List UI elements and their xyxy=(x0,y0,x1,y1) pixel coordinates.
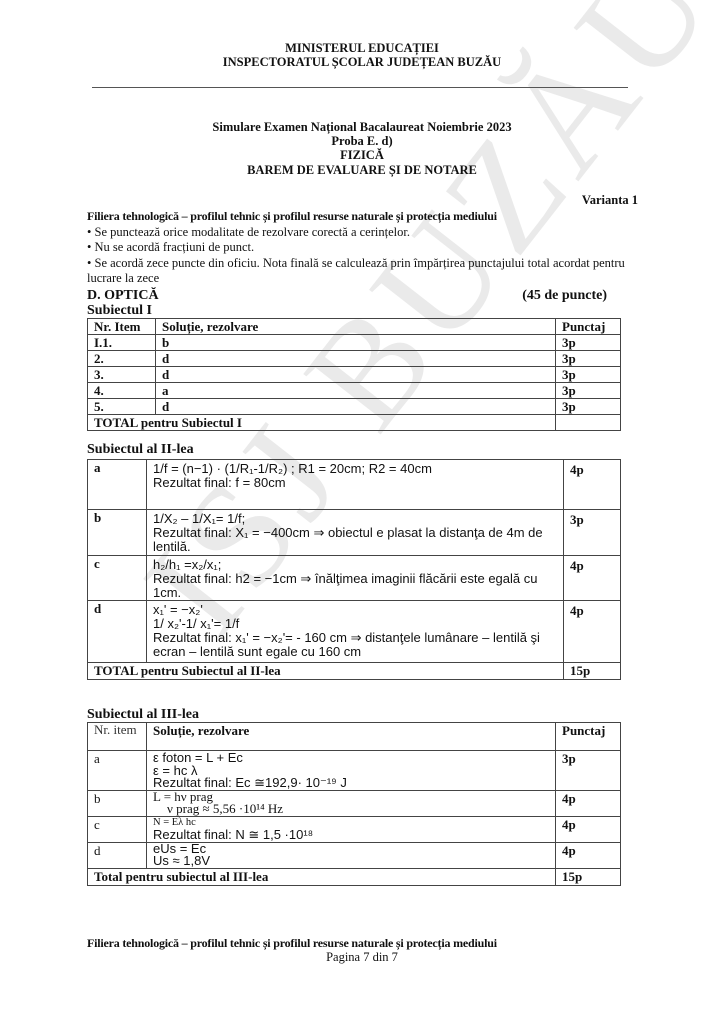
table-row: I.1.b3p xyxy=(88,335,621,351)
total-points xyxy=(556,415,621,431)
solution-line: Rezultat final: N ≅ 1,5 ·10¹⁸ xyxy=(153,829,555,842)
subiect3-table: Nr. item Soluție, rezolvare Punctaj a ε … xyxy=(87,722,621,886)
row-item: c xyxy=(88,556,147,601)
table-row: d x₁' = −x₂'1/ x₂'-1/ x₁'= 1/fRezultat f… xyxy=(88,601,621,663)
header-solution: Soluție, rezolvare xyxy=(147,723,556,751)
row-item: 3. xyxy=(88,367,156,383)
total-row: TOTAL pentru Subiectul al II-lea 15p xyxy=(88,663,621,680)
row-points: 3p xyxy=(556,351,621,367)
instructions: Filiera tehnologică – profilul tehnic și… xyxy=(87,209,637,318)
table-row: 3.d3p xyxy=(88,367,621,383)
row-points: 4p xyxy=(556,790,621,816)
row-item: d xyxy=(88,842,147,868)
table-header-row: Nr. item Soluție, rezolvare Punctaj xyxy=(88,723,621,751)
inspectorate-name: INSPECTORATUL ȘCOLAR JUDEȚEAN BUZĂU xyxy=(0,55,724,69)
solution-line: h₂/h₁ =x₂/x₁; xyxy=(153,558,563,572)
row-points: 3p xyxy=(556,335,621,351)
table-row: b 1/X₂ – 1/X₁= 1/f;Rezultat final: X₁ = … xyxy=(88,510,621,556)
row-item: a xyxy=(88,460,147,510)
section-title: D. OPTICĂ xyxy=(87,288,159,304)
row-item: a xyxy=(88,751,147,791)
total-label: TOTAL pentru Subiectul I xyxy=(88,415,556,431)
row-points: 3p xyxy=(556,383,621,399)
row-points: 3p xyxy=(564,510,621,556)
row-answer: d xyxy=(156,367,556,383)
row-answer: b xyxy=(156,335,556,351)
varianta-label: Varianta 1 xyxy=(582,193,638,208)
row-points: 4p xyxy=(564,556,621,601)
page-number: Pagina 7 din 7 xyxy=(0,950,724,965)
row-answer: a xyxy=(156,383,556,399)
row-answer: d xyxy=(156,351,556,367)
table-row: d eUs = EcUs ≈ 1,8V 4p xyxy=(88,842,621,868)
row-points: 3p xyxy=(556,399,621,415)
header-solution: Soluție, rezolvare xyxy=(156,319,556,335)
total-points: 15p xyxy=(564,663,621,680)
subiect1-table: Nr. Item Soluție, rezolvare Punctaj I.1.… xyxy=(87,318,621,431)
solution-line: 1/ x₂'-1/ x₁'= 1/f xyxy=(153,617,563,631)
row-points: 4p xyxy=(564,460,621,510)
subiect2-table: a 1/f = (n−1) · (1/R₁-1/R₂) ; R1 = 20cm;… xyxy=(87,459,621,680)
row-item: d xyxy=(88,601,147,663)
total-points: 15p xyxy=(556,868,621,885)
row-item: 4. xyxy=(88,383,156,399)
filiera-text: Filiera tehnologică – profilul tehnic și… xyxy=(87,209,637,225)
row-points: 3p xyxy=(556,751,621,791)
table-row: 4.a3p xyxy=(88,383,621,399)
row-item: I.1. xyxy=(88,335,156,351)
solution-line: 1/X₂ – 1/X₁= 1/f; xyxy=(153,512,563,526)
row-item: 2. xyxy=(88,351,156,367)
section-points: (45 de puncte) xyxy=(522,288,607,304)
note-3: • Se acordă zece puncte din oficiu. Nota… xyxy=(87,256,637,287)
subiect1-title: Subiectul I xyxy=(87,303,637,318)
solution-line: Rezultat final: Ec ≅192,9· 10⁻¹⁹ J xyxy=(153,777,555,790)
note-2: • Nu se acordă fracțiuni de punct. xyxy=(87,240,637,256)
subiect3-title: Subiectul al III-lea xyxy=(87,707,199,723)
exam-subject: FIZICĂ xyxy=(0,148,724,163)
row-item: b xyxy=(88,510,147,556)
subiect2-title: Subiectul al II-lea xyxy=(87,442,194,458)
table-row: c h₂/h₁ =x₂/x₁;Rezultat final: h2 = −1cm… xyxy=(88,556,621,601)
total-label: Total pentru subiectul al III-lea xyxy=(88,868,556,885)
header-points: Punctaj xyxy=(556,723,621,751)
table-header-row: Nr. Item Soluție, rezolvare Punctaj xyxy=(88,319,621,335)
table-row: 2.d3p xyxy=(88,351,621,367)
exam-proba: Proba E. d) xyxy=(0,134,724,149)
solution-line: eUs = Ec xyxy=(153,843,555,856)
row-answer: d xyxy=(156,399,556,415)
table-row: b L = hν pragν prag ≈ 5,56 ·10¹⁴ Hz 4p xyxy=(88,790,621,816)
solution-line: Rezultat final: h2 = −1cm ⇒ înălţimea im… xyxy=(153,572,563,600)
row-item: c xyxy=(88,816,147,842)
total-row: Total pentru subiectul al III-lea 15p xyxy=(88,868,621,885)
solution-line: ν prag ≈ 5,56 ·10¹⁴ Hz xyxy=(153,803,555,816)
table-row: a 1/f = (n−1) · (1/R₁-1/R₂) ; R1 = 20cm;… xyxy=(88,460,621,510)
ministry-name: MINISTERUL EDUCAȚIEI xyxy=(0,41,724,55)
row-points: 4p xyxy=(556,816,621,842)
header-item: Nr. Item xyxy=(88,319,156,335)
header-divider xyxy=(92,87,628,88)
table-row: 5.d3p xyxy=(88,399,621,415)
row-points: 4p xyxy=(556,842,621,868)
row-item: 5. xyxy=(88,399,156,415)
exam-barem: BAREM DE EVALUARE ȘI DE NOTARE xyxy=(0,163,724,178)
solution-line: 1/f = (n−1) · (1/R₁-1/R₂) ; R1 = 20cm; R… xyxy=(153,462,563,476)
row-item: b xyxy=(88,790,147,816)
solution-line: ε foton = L + Ec xyxy=(153,752,555,765)
solution-line: Us ≈ 1,8V xyxy=(153,855,555,868)
footer-filiera: Filiera tehnologică – profilul tehnic și… xyxy=(87,936,497,951)
table-row: c N = Eλ hcRezultat final: N ≅ 1,5 ·10¹⁸… xyxy=(88,816,621,842)
table-row: a ε foton = L + Ecε = hc λRezultat final… xyxy=(88,751,621,791)
solution-line: Rezultat final: X₁ = −400cm ⇒ obiectul e… xyxy=(153,526,563,554)
note-1: • Se punctează orice modalitate de rezol… xyxy=(87,225,637,241)
header-points: Punctaj xyxy=(556,319,621,335)
total-row: TOTAL pentru Subiectul I xyxy=(88,415,621,431)
solution-line: Rezultat final: x₁' = −x₂'= - 160 cm ⇒ d… xyxy=(153,631,563,659)
row-points: 4p xyxy=(564,601,621,663)
solution-line: x₁' = −x₂' xyxy=(153,603,563,617)
header-item: Nr. item xyxy=(88,723,147,751)
exam-title: Simulare Examen Național Bacalaureat Noi… xyxy=(0,120,724,135)
row-points: 3p xyxy=(556,367,621,383)
solution-line: Rezultat final: f = 80cm xyxy=(153,476,563,490)
total-label: TOTAL pentru Subiectul al II-lea xyxy=(88,663,564,680)
